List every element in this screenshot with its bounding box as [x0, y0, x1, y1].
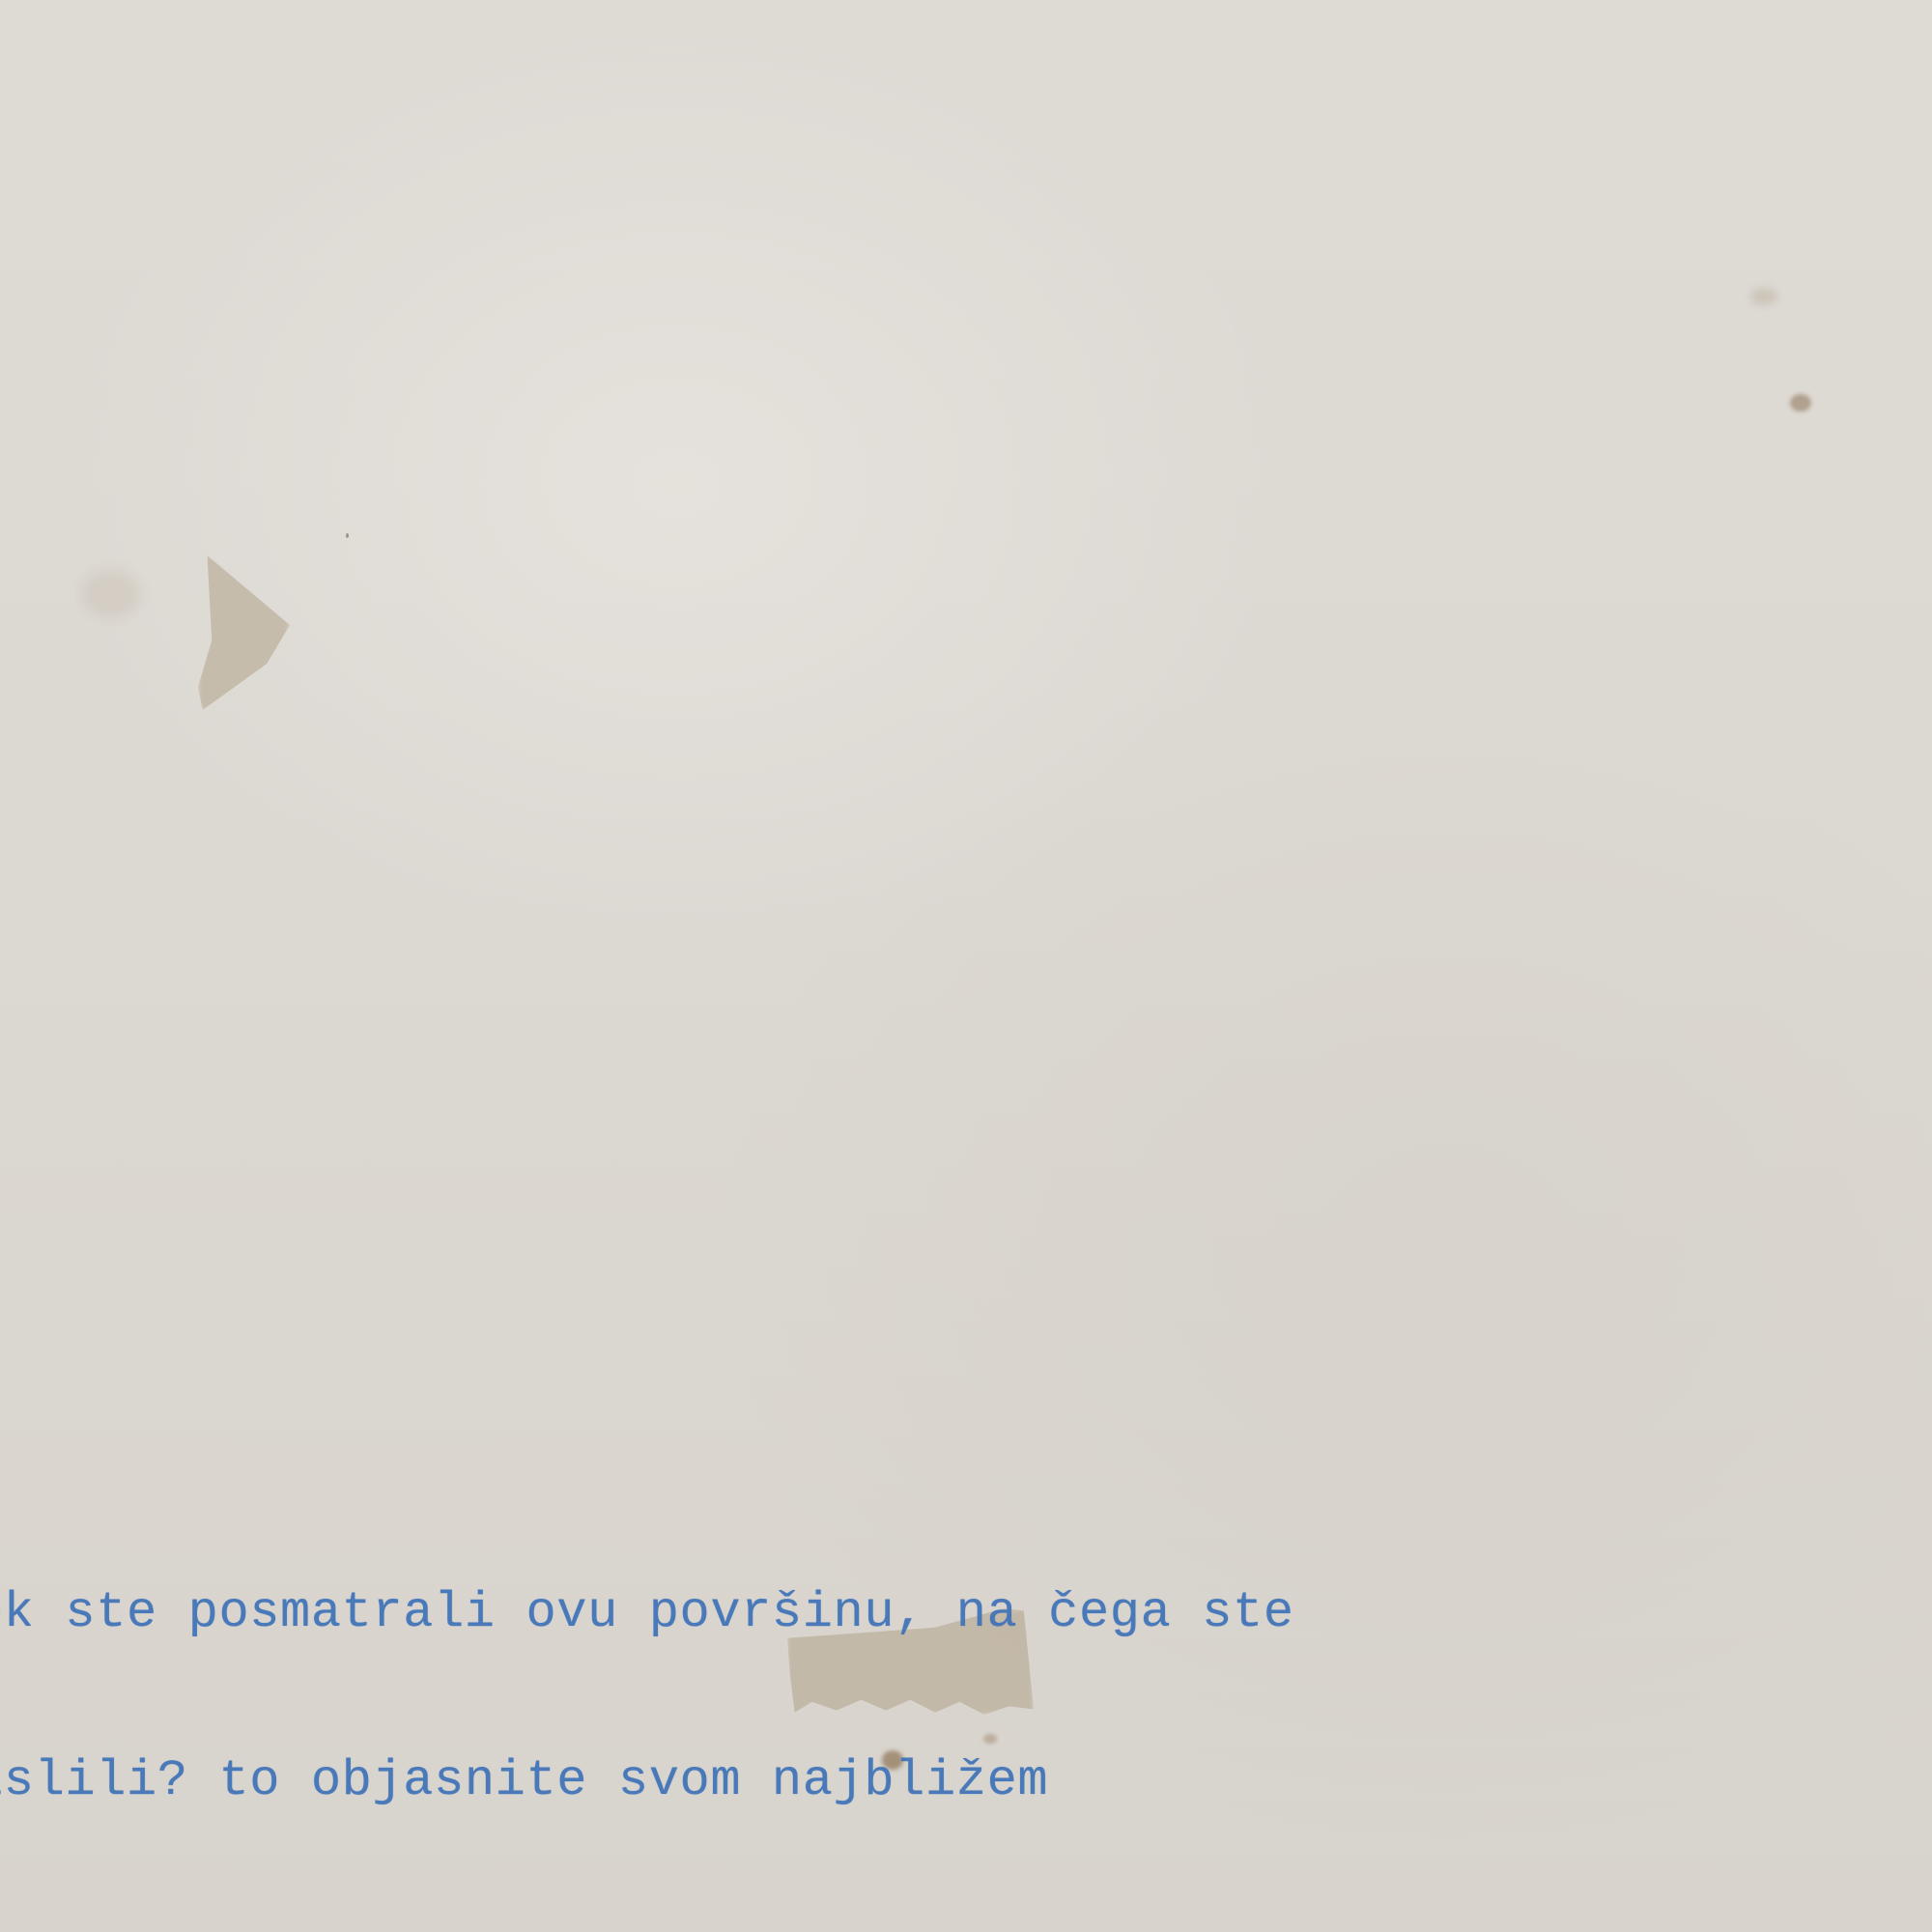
- faint-stain: [82, 570, 140, 618]
- spot-mark: [1750, 288, 1777, 305]
- triangular-stain: [198, 555, 290, 710]
- spot-mark: [346, 533, 349, 538]
- text-line-1: ok ste posmatrali ovu površinu, na čega …: [0, 1585, 1294, 1641]
- paper-sheet: ok ste posmatrali ovu površinu, na čega …: [0, 0, 1932, 1932]
- spot-mark: [1790, 394, 1811, 412]
- text-line-2: islili? to objasnite svom najbližem: [0, 1753, 1294, 1809]
- typewritten-text: ok ste posmatrali ovu površinu, na čega …: [0, 1473, 1294, 1921]
